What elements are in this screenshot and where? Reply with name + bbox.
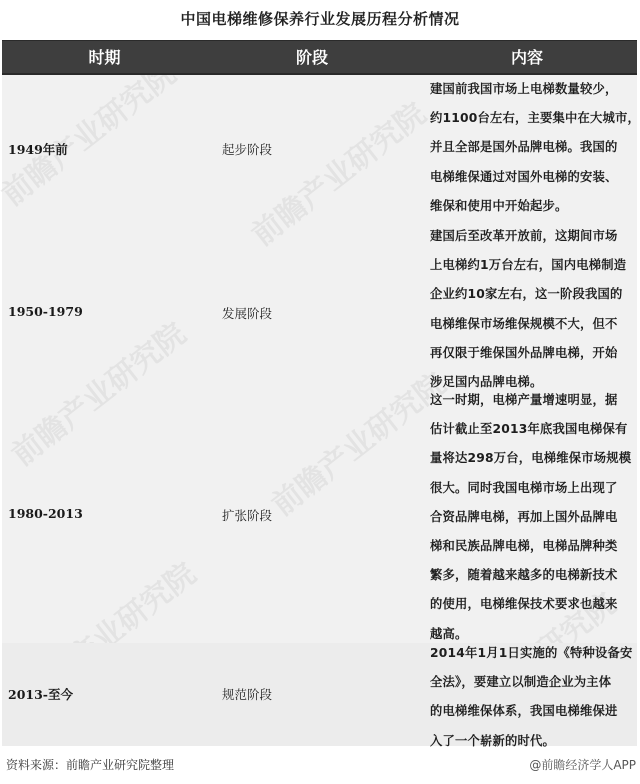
content-line: 估计截止至2013年底我国电梯保有 (430, 415, 634, 444)
stage-cell: 规范阶段 (222, 685, 272, 703)
content-cell: 这一时期，电梯产量增速明显，据 估计截止至2013年底我国电梯保有 量将达298… (430, 386, 634, 649)
page-title: 中国电梯维修保养行业发展历程分析情况 (0, 8, 640, 29)
content-line: 这一时期，电梯产量增速明显，据 (430, 386, 634, 415)
content-line: 2014年1月1日实施的《特种设备安 (430, 639, 634, 668)
content-cell: 2014年1月1日实施的《特种设备安 全法》，要建立以制造企业为主体 的电梯维保… (430, 639, 634, 756)
content-line: 梯和民族品牌电梯，电梯品牌种类 (430, 532, 634, 561)
credit-note: @前瞻经济学人APP (529, 756, 636, 773)
column-header-period: 时期 (2, 41, 207, 74)
content-line: 并且全部是国外品牌电梯。我国的 (430, 133, 634, 162)
table-row: 1950-1979 发展阶段 建国后至改革开放前，这期间市场 上电梯约1万台左右… (2, 222, 637, 386)
content-line: 全法》，要建立以制造企业为主体 (430, 668, 634, 697)
column-header-content: 内容 (417, 41, 637, 74)
content-cell: 建国后至改革开放前，这期间市场 上电梯约1万台左右，国内电梯制造 企业约10家左… (430, 222, 634, 397)
table-row: 2013-至今 规范阶段 2014年1月1日实施的《特种设备安 全法》，要建立以… (2, 643, 637, 746)
content-line: 电梯维保市场维保规模不大，但不 (430, 310, 634, 339)
content-line: 上电梯约1万台左右，国内电梯制造 (430, 251, 634, 280)
content-cell: 建国前我国市场上电梯数量较少， 约1100台左右，主要集中在大城市， 并且全部是… (430, 75, 634, 221)
content-line: 繁多，随着越来越多的电梯新技术 (430, 561, 634, 590)
period-cell: 1950-1979 (8, 304, 83, 319)
table-row: 1949年前 起步阶段 建国前我国市场上电梯数量较少， 约1100台左右，主要集… (2, 76, 637, 222)
content-line: 约1100台左右，主要集中在大城市， (430, 104, 634, 133)
period-cell: 2013-至今 (8, 685, 73, 703)
period-cell: 1949年前 (8, 140, 68, 158)
content-line: 的电梯维保体系，我国电梯维保进 (430, 697, 634, 726)
content-line: 建国后至改革开放前，这期间市场 (430, 222, 634, 251)
content-line: 企业约10家左右，这一阶段我国的 (430, 280, 634, 309)
table-row: 1980-2013 扩张阶段 这一时期，电梯产量增速明显，据 估计截止至2013… (2, 386, 637, 643)
stage-cell: 起步阶段 (222, 140, 272, 158)
content-line: 入了一个崭新的时代。 (430, 727, 634, 756)
source-note: 资料来源：前瞻产业研究院整理 (6, 756, 174, 773)
table-header: 时期 阶段 内容 (2, 40, 637, 75)
column-header-stage: 阶段 (207, 41, 417, 74)
content-line: 电梯维保通过对国外电梯的安装、 (430, 163, 634, 192)
content-line: 的使用，电梯维保技术要求也越来 (430, 590, 634, 619)
stage-cell: 扩张阶段 (222, 506, 272, 524)
content-line: 建国前我国市场上电梯数量较少， (430, 75, 634, 104)
stage-cell: 发展阶段 (222, 304, 272, 322)
content-line: 量将达298万台，电梯维保市场规模 (430, 444, 634, 473)
period-cell: 1980-2013 (8, 506, 83, 521)
content-line: 再仅限于维保国外品牌电梯，开始 (430, 339, 634, 368)
content-line: 维保和使用中开始起步。 (430, 192, 634, 221)
history-table: 前瞻产业研究院 前瞻产业研究院 前瞻产业研究院 前瞻产业研究院 前瞻产业研究院 … (2, 40, 637, 746)
content-line: 合资品牌电梯，再加上国外品牌电 (430, 503, 634, 532)
content-line: 很大。同时我国电梯市场上出现了 (430, 474, 634, 503)
